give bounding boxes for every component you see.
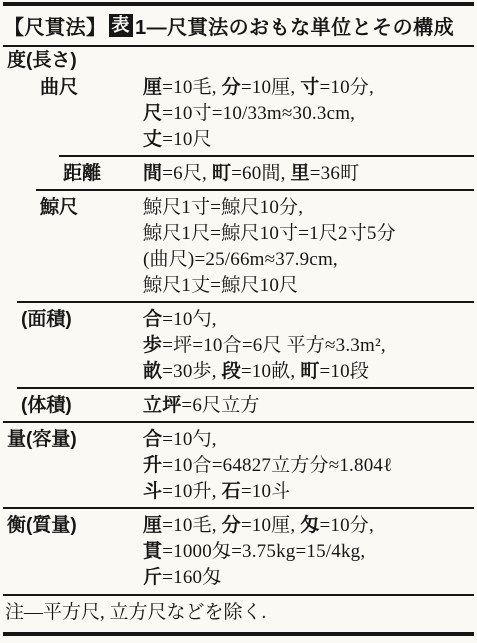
equation-text: =10毛,	[162, 77, 221, 98]
unit-term: 畝	[143, 361, 162, 382]
equation-text: =10合=64827立方分≈1.804ℓ	[162, 455, 392, 476]
unit-term: 合	[143, 429, 162, 450]
unit-term: 町	[212, 163, 231, 184]
unit-term: 段	[222, 361, 241, 382]
table-row: 量(容量)合=10勺,升=10合=64827立方分≈1.804ℓ斗=10升, 石…	[3, 423, 474, 507]
table-title: 【尺貫法】 表 1―尺貫法のおもな単位とその構成	[3, 6, 474, 47]
table-body: 度(長さ)曲尺厘=10毛, 分=10厘, 寸=10分,尺=10寸=10/33m≈…	[3, 47, 474, 593]
equation-text: =6尺立方	[181, 395, 259, 416]
row-content: 厘=10毛, 分=10厘, 匁=10分,貫=1000匁=3.75kg=15/4k…	[143, 513, 474, 591]
row-label: (体積)	[21, 393, 72, 419]
content-line: 合=10勺,	[143, 427, 474, 453]
equation-text: =10升,	[162, 481, 221, 502]
footnote: 注―平方尺, 立方尺などを除く.	[3, 594, 474, 629]
equation-text: =1000匁=3.75kg=15/4kg,	[162, 541, 365, 562]
content-line: 厘=10毛, 分=10厘, 寸=10分,	[143, 75, 474, 101]
unit-term: 丈	[143, 129, 162, 150]
unit-term: 分	[222, 515, 241, 536]
row-content: 合=10勺,升=10合=64827立方分≈1.804ℓ斗=10升, 石=10斗	[143, 427, 474, 505]
unit-term: 合	[143, 309, 162, 330]
equation-text: =10勺,	[162, 309, 216, 330]
row-label: 距離	[63, 161, 101, 187]
equation-text: =160匁	[162, 567, 221, 588]
unit-term: 匁	[300, 515, 319, 536]
table-row: 度(長さ)	[3, 47, 474, 74]
unit-term: 寸	[300, 77, 319, 98]
dictionary-table-page: 【尺貫法】 表 1―尺貫法のおもな単位とその構成 度(長さ)曲尺厘=10毛, 分…	[0, 0, 477, 643]
unit-term: 石	[222, 481, 241, 502]
row-label: 衡(質量)	[7, 513, 77, 539]
unit-term: 貫	[143, 541, 162, 562]
equation-text: =30歩,	[162, 361, 221, 382]
content-line: 斤=160匁	[143, 565, 474, 591]
unit-term: 升	[143, 455, 162, 476]
bottom-border-rule	[3, 632, 474, 636]
content-line: 鯨尺1丈=鯨尺10尺	[143, 273, 474, 299]
content-line: 斗=10升, 石=10斗	[143, 479, 474, 505]
headword-bracket: 【尺貫法】	[4, 11, 107, 40]
row-label: 曲尺	[40, 75, 78, 101]
equation-text: 鯨尺1寸=鯨尺10分,	[143, 197, 303, 218]
equation-text: =10勺,	[162, 429, 216, 450]
row-content: 合=10勺,歩=坪=10合=6尺 平方≈3.3m²,畝=30歩, 段=10畝, …	[143, 307, 474, 385]
unit-term: 歩	[143, 335, 162, 356]
row-label: (面積)	[21, 307, 72, 333]
unit-term: 分	[222, 77, 241, 98]
table-row: 距離間=6尺, 町=60間, 里=36町	[3, 157, 474, 189]
row-content: 鯨尺1寸=鯨尺10分,鯨尺1尺=鯨尺10寸=1尺2寸5分(曲尺)=25/66m≈…	[143, 195, 474, 299]
content-line: 間=6尺, 町=60間, 里=36町	[143, 161, 474, 187]
equation-text: =6尺,	[162, 163, 212, 184]
row-content: 間=6尺, 町=60間, 里=36町	[143, 161, 474, 187]
row-label: 量(容量)	[7, 427, 77, 453]
content-line: 合=10勺,	[143, 307, 474, 333]
equation-text: =10寸=10/33m≈30.3cm,	[162, 103, 355, 124]
row-content: 厘=10毛, 分=10厘, 寸=10分,尺=10寸=10/33m≈30.3cm,…	[143, 75, 474, 153]
table-row: (面積)合=10勺,歩=坪=10合=6尺 平方≈3.3m²,畝=30歩, 段=1…	[3, 303, 474, 387]
table-row: (体積)立坪=6尺立方	[3, 389, 474, 421]
content-line: 升=10合=64827立方分≈1.804ℓ	[143, 453, 474, 479]
equation-text: =10毛,	[162, 515, 221, 536]
equation-text: =60間,	[231, 163, 290, 184]
equation-text: 鯨尺1丈=鯨尺10尺	[143, 275, 298, 296]
equation-text: =10段	[319, 361, 369, 382]
content-line: 鯨尺1寸=鯨尺10分,	[143, 195, 474, 221]
content-line: (曲尺)=25/66m≈37.9cm,	[143, 247, 474, 273]
content-line: 貫=1000匁=3.75kg=15/4kg,	[143, 539, 474, 565]
table-row: 衡(質量)厘=10毛, 分=10厘, 匁=10分,貫=1000匁=3.75kg=…	[3, 509, 474, 593]
content-line: 厘=10毛, 分=10厘, 匁=10分,	[143, 513, 474, 539]
equation-text: =10厘,	[241, 515, 300, 536]
row-label: 鯨尺	[40, 195, 78, 221]
unit-term: 尺	[143, 103, 162, 124]
row-label: 度(長さ)	[7, 48, 77, 74]
table-caption: 1―尺貫法のおもな単位とその構成	[135, 11, 454, 40]
equation-text: =10厘,	[241, 77, 300, 98]
row-content: 立坪=6尺立方	[143, 393, 474, 419]
equation-text: =坪=10合=6尺 平方≈3.3m²,	[162, 335, 386, 356]
equation-text: =10斗	[241, 481, 291, 502]
unit-term: 厘	[143, 515, 162, 536]
content-line: 鯨尺1尺=鯨尺10寸=1尺2寸5分	[143, 221, 474, 247]
table-row: 鯨尺鯨尺1寸=鯨尺10分,鯨尺1尺=鯨尺10寸=1尺2寸5分(曲尺)=25/66…	[3, 191, 474, 301]
content-line: 丈=10尺	[143, 127, 474, 153]
unit-term: 町	[300, 361, 319, 382]
equation-text: =36町	[310, 163, 360, 184]
equation-text: =10分,	[319, 515, 373, 536]
content-line: 尺=10寸=10/33m≈30.3cm,	[143, 101, 474, 127]
equation-text: =10畝,	[241, 361, 300, 382]
table-badge: 表	[109, 14, 134, 37]
unit-term: 里	[291, 163, 310, 184]
equation-text: 鯨尺1尺=鯨尺10寸=1尺2寸5分	[143, 223, 396, 244]
equation-text: (曲尺)=25/66m≈37.9cm,	[143, 249, 338, 270]
unit-term: 間	[143, 163, 162, 184]
content-line: 畝=30歩, 段=10畝, 町=10段	[143, 359, 474, 385]
unit-term: 厘	[143, 77, 162, 98]
equation-text: =10分,	[319, 77, 373, 98]
unit-term: 斤	[143, 567, 162, 588]
table-row: 曲尺厘=10毛, 分=10厘, 寸=10分,尺=10寸=10/33m≈30.3c…	[3, 74, 474, 155]
equation-text: =10尺	[162, 129, 212, 150]
unit-term: 斗	[143, 481, 162, 502]
unit-term: 立坪	[143, 395, 181, 416]
content-line: 立坪=6尺立方	[143, 393, 474, 419]
content-line: 歩=坪=10合=6尺 平方≈3.3m²,	[143, 333, 474, 359]
